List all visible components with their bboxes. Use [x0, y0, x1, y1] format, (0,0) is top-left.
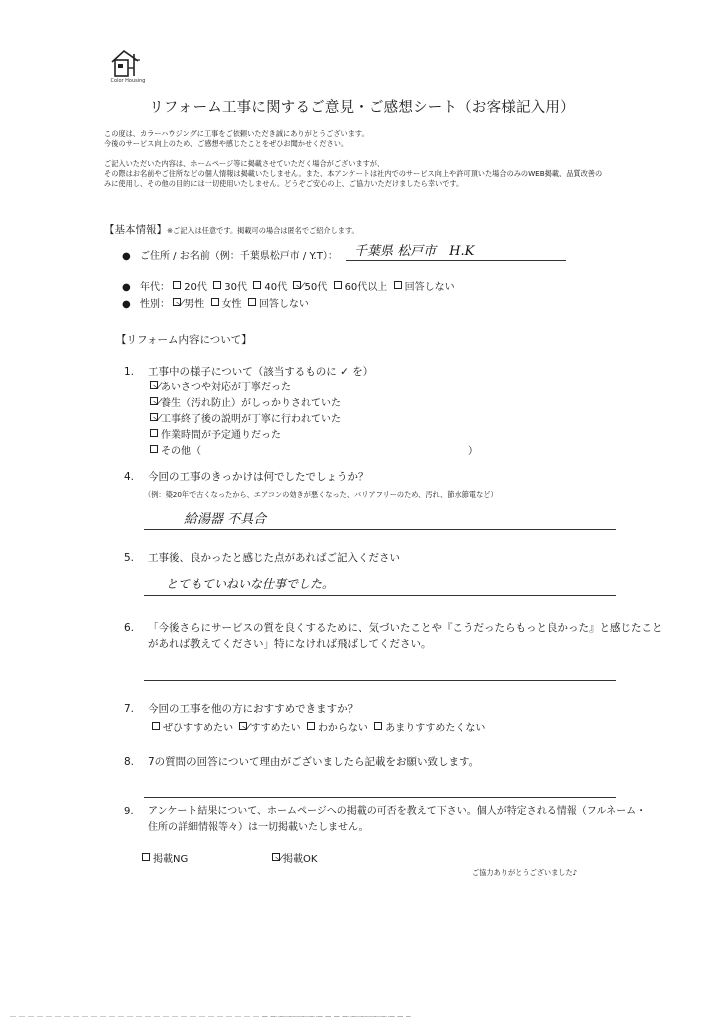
checked-checkbox-icon: [272, 853, 280, 861]
answer-underline: [144, 595, 616, 596]
gender-option-female[interactable]: 女性: [211, 299, 242, 310]
question-6: 6.「今後さらにサービスの質を良くするために、気づいたことや『こうだったらもっと…: [124, 620, 663, 652]
basic-info-heading: 【基本情報】: [104, 224, 167, 236]
age-option-60s-plus[interactable]: 60代以上: [334, 282, 388, 293]
page-title: リフォーム工事に関するご意見・ご感想シート（お客様記入用）: [0, 96, 724, 117]
question-text: 今回の工事を他の方におすすめできますか？: [148, 703, 358, 715]
basic-info-note: ※ご記入は任意です。掲載可の場合は匿名でご紹介します。: [167, 226, 359, 235]
thank-you-message: ご協力ありがとうございました♪: [472, 868, 577, 878]
age-option-50s[interactable]: 50代: [293, 282, 327, 293]
age-option-40s[interactable]: 40代: [253, 282, 287, 293]
q9-option-publish-ng[interactable]: 掲載NG: [142, 850, 188, 865]
house-logo-icon: [98, 46, 158, 78]
answer-underline: [144, 680, 616, 681]
checkbox-icon: [150, 445, 158, 453]
question-number: 1.: [124, 366, 148, 378]
answer-underline: [144, 529, 616, 530]
checked-checkbox-icon: [173, 298, 181, 306]
age-label: 年代：: [140, 282, 170, 293]
q4-answer-field[interactable]: 給湯器 不具合: [144, 508, 616, 530]
age-row: ●年代： 20代 30代 40代 50代 60代以上 回答しない: [122, 278, 455, 293]
checkbox-icon: [394, 281, 402, 289]
checkbox-icon: [150, 429, 158, 437]
checkbox-icon: [248, 298, 256, 306]
question-8: 8.7の質問の回答について理由がございましたら記載をお願い致します。: [124, 754, 479, 769]
q7-option-recommend[interactable]: すすめたい: [239, 723, 300, 734]
logo-text: Color Housing: [98, 78, 158, 84]
basic-info-heading-row: 【基本情報】※ご記入は任意です。掲載可の場合は匿名でご紹介します。: [104, 218, 359, 237]
question-text-cont: があれば教えてください」特になければ飛ばしてください。: [124, 636, 663, 652]
q5-answer-field[interactable]: とてもていねいな仕事でした。: [144, 575, 616, 596]
checkbox-icon: [142, 853, 150, 861]
age-option-no-answer[interactable]: 回答しない: [394, 282, 455, 293]
gender-option-male[interactable]: 男性: [173, 299, 204, 310]
checkbox-icon: [213, 281, 221, 289]
age-option-20s[interactable]: 20代: [173, 282, 207, 293]
question-text-cont: 住所の詳細情報等々）は一切掲載いたしません。: [124, 820, 646, 836]
answer-underline: [144, 797, 616, 798]
question-number: 9.: [124, 804, 148, 820]
checkbox-icon: [253, 281, 261, 289]
gender-option-no-answer[interactable]: 回答しない: [248, 299, 309, 310]
address-name-value: 千葉県 松戸市 H.K: [346, 240, 566, 259]
company-logo: Color Housing: [98, 46, 158, 90]
q8-answer-field[interactable]: [144, 797, 616, 798]
q7-option-not-recommend[interactable]: あまりすすめたくない: [374, 723, 485, 734]
question-text: 工事中の様子について（該当するものに ✓ を）: [148, 366, 373, 378]
q4-answer-value: 給湯器 不具合: [144, 508, 616, 527]
checkbox-icon: [211, 298, 219, 306]
question-number: 4.: [124, 471, 148, 483]
age-option-30s[interactable]: 30代: [213, 282, 247, 293]
q7-options: ぜひすすめたい すすめたい わからない あまりすすめたくない: [152, 719, 485, 734]
q6-answer-field[interactable]: [144, 680, 616, 681]
question-text: 今回の工事のきっかけは何でしたでしょうか？: [148, 471, 369, 483]
intro-line: みに使用し、その他の目的には一切使用いたしません。どうぞご安心の上、ご協力いただ…: [104, 179, 724, 189]
question-text: 「今後さらにサービスの質を良くするために、気づいたことや『こうだったらもっと良か…: [148, 622, 663, 634]
checkbox-icon: [173, 281, 181, 289]
address-name-row: ●ご住所 / お名前（例：千葉県松戸市 / Y.T）：: [122, 247, 338, 262]
q1-option-schedule[interactable]: 作業時間が予定通りだった: [150, 428, 490, 444]
bullet-icon: ●: [122, 251, 140, 262]
checked-checkbox-icon: [239, 722, 247, 730]
question-1: 1.工事中の様子について（該当するものに ✓ を）: [124, 364, 373, 379]
intro-privacy: ご記入いただいた内容は、ホームページ等に掲載させていただく場合がございますが、 …: [104, 159, 724, 189]
q1-option-explanation[interactable]: 工事終了後の説明が丁寧に行われていた: [150, 412, 490, 428]
question-5: 5.工事後、良かったと感じた点があればご記入ください: [124, 550, 400, 565]
question-4: 4.今回の工事のきっかけは何でしたでしょうか？: [124, 469, 369, 484]
q9-option-publish-ok[interactable]: 掲載OK: [272, 850, 317, 865]
q5-answer-value: とてもていねいな仕事でした。: [144, 575, 616, 592]
question-text: 工事後、良かったと感じた点があればご記入ください: [148, 552, 400, 564]
gender-row: ●性別： 男性 女性 回答しない: [122, 295, 309, 310]
address-label: ご住所 / お名前（例：千葉県松戸市 / Y.T）：: [140, 251, 338, 262]
scan-artifact-divider: [262, 1016, 412, 1017]
intro-greeting: この度は、カラーハウジングに工事をご依頼いただき誠にありがとうございます。 今後…: [104, 129, 369, 149]
question-7: 7.今回の工事を他の方におすすめできますか？: [124, 701, 358, 716]
question-number: 6.: [124, 620, 148, 636]
checkbox-icon: [334, 281, 342, 289]
intro-line: この度は、カラーハウジングに工事をご依頼いただき誠にありがとうございます。: [104, 129, 369, 139]
checkbox-icon: [152, 722, 160, 730]
intro-line: ご記入いただいた内容は、ホームページ等に掲載させていただく場合がございますが、: [104, 159, 724, 169]
question-number: 5.: [124, 552, 148, 564]
q1-options: あいさつや対応が丁寧だった 養生（汚れ防止）がしっかりされていた 工事終了後の説…: [150, 380, 490, 460]
question-9: 9.アンケート結果について、ホームページへの掲載の可否を教えて下さい。個人が特定…: [124, 804, 646, 836]
checkbox-icon: [374, 722, 382, 730]
question-number: 8.: [124, 756, 148, 768]
q1-option-protection[interactable]: 養生（汚れ防止）がしっかりされていた: [150, 396, 490, 412]
gender-label: 性別：: [140, 299, 170, 310]
checked-checkbox-icon: [293, 281, 301, 289]
answer-underline: [346, 260, 566, 261]
reform-heading: 【リフォーム内容について】: [116, 332, 252, 347]
checked-checkbox-icon: [150, 381, 158, 389]
bullet-icon: ●: [122, 282, 140, 293]
intro-line: その際はお名前やご住所などの個人情報は掲載いたしません。また、本アンケートは社内…: [104, 169, 724, 179]
checked-checkbox-icon: [150, 397, 158, 405]
intro-line: 今後のサービス向上のため、ご感想や感じたことをぜひお聞かせください。: [104, 139, 369, 149]
checked-checkbox-icon: [150, 413, 158, 421]
checkbox-icon: [307, 722, 315, 730]
question-4-example: （例：築20年で古くなったから、エアコンの効きが悪くなった、バリアフリーのため、…: [144, 490, 498, 500]
address-name-field[interactable]: 千葉県 松戸市 H.K: [346, 240, 566, 261]
q7-option-strongly-recommend[interactable]: ぜひすすめたい: [152, 723, 233, 734]
question-text: アンケート結果について、ホームページへの掲載の可否を教えて下さい。個人が特定され…: [148, 806, 646, 817]
q7-option-unsure[interactable]: わからない: [307, 723, 368, 734]
question-number: 7.: [124, 703, 148, 715]
bullet-icon: ●: [122, 299, 140, 310]
question-text: 7の質問の回答について理由がございましたら記載をお願い致します。: [148, 756, 479, 768]
q1-option-other[interactable]: その他（）: [150, 444, 490, 460]
q1-option-greeting[interactable]: あいさつや対応が丁寧だった: [150, 380, 490, 396]
